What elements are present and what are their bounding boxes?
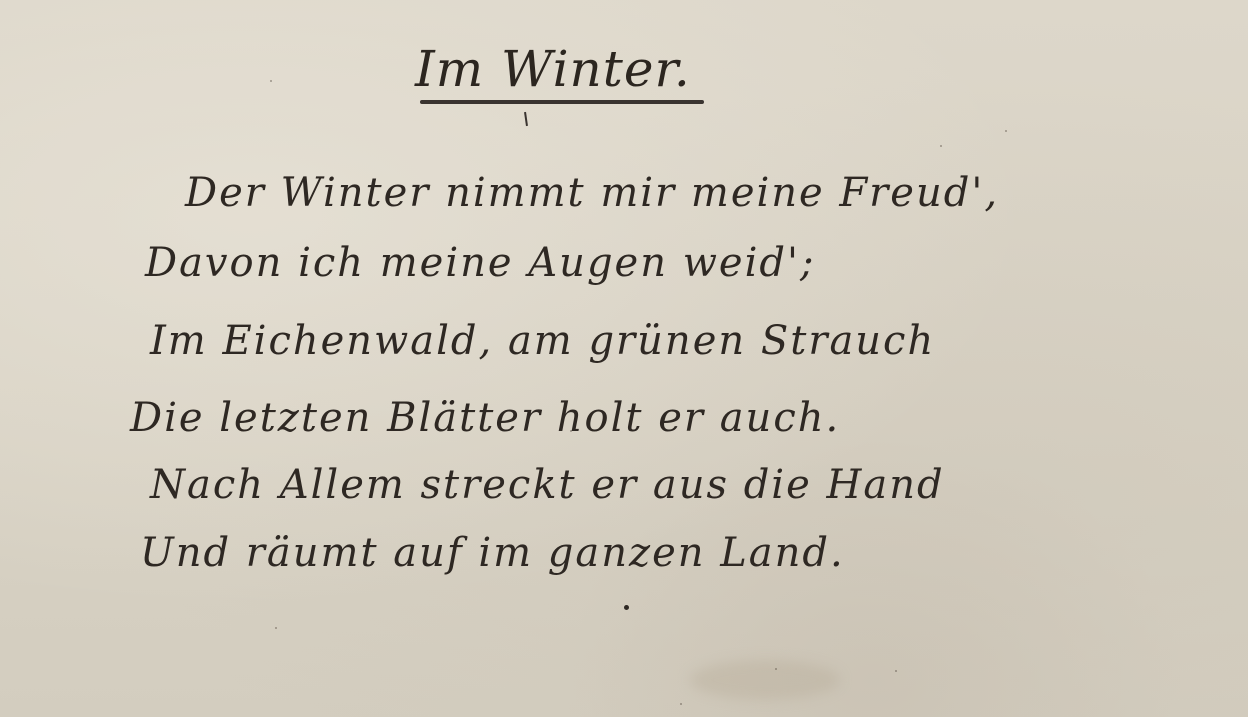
manuscript-page: Im Winter. Der Winter nimmt mir meine Fr… <box>0 0 1248 717</box>
poem-line: Im Eichenwald, am grünen Strauch <box>150 318 935 364</box>
poem-line: Nach Allem streckt er aus die Hand <box>150 462 945 508</box>
end-mark <box>624 605 629 610</box>
poem-line: Der Winter nimmt mir meine Freud', <box>185 170 999 216</box>
poem-line: Die letzten Blätter holt er auch. <box>130 395 840 441</box>
poem-line: Davon ich meine Augen weid'; <box>145 240 815 286</box>
poem-line: Und räumt auf im ganzen Land. <box>140 530 845 576</box>
